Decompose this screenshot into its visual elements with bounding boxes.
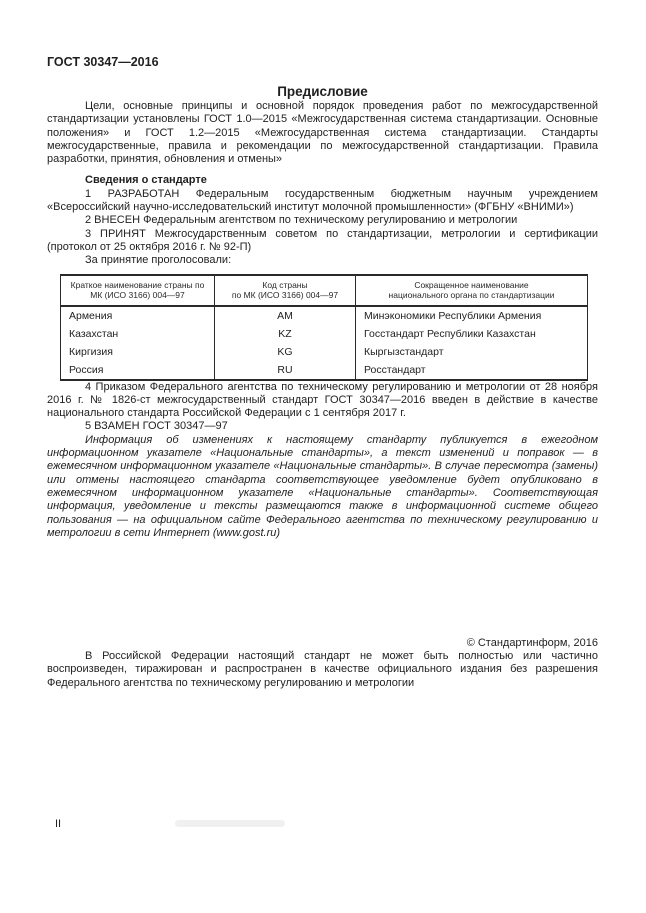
scan-artifact	[175, 820, 285, 827]
table-row: Киргизия KG Кыргызстандарт	[61, 343, 588, 361]
country-cell: Киргизия	[61, 343, 215, 361]
code-cell: KZ	[215, 325, 356, 343]
standard-info-item-1: 1 РАЗРАБОТАН Федеральным государственным…	[47, 188, 598, 215]
vote-table: Краткое наименование страны по МК (ИСО 3…	[60, 274, 588, 381]
code-cell: RU	[215, 361, 356, 380]
vote-table-header-code: Код страны по МК (ИСО 3166) 004—97	[215, 275, 356, 306]
country-cell: Армения	[61, 306, 215, 325]
country-cell: Россия	[61, 361, 215, 380]
body-cell: Минэкономики Республики Армения	[356, 306, 588, 325]
standard-info-heading: Сведения о стандарте	[47, 174, 598, 187]
standard-info-item-5: 5 ВЗАМЕН ГОСТ 30347—97	[47, 420, 598, 433]
body-cell: Росстандарт	[356, 361, 588, 380]
page-title: Предисловие	[47, 84, 598, 100]
table-row: Армения AM Минэкономики Республики Армен…	[61, 306, 588, 325]
vote-table-header-country: Краткое наименование страны по МК (ИСО 3…	[61, 275, 215, 306]
intro-paragraph: Цели, основные принципы и основной поряд…	[47, 100, 598, 166]
standard-info-item-4: 4 Приказом Федерального агентства по тех…	[47, 381, 598, 421]
vote-table-header-row: Краткое наименование страны по МК (ИСО 3…	[61, 275, 588, 306]
vote-table-header-body: Сокращенное наименование национального о…	[356, 275, 588, 306]
copyright-line: © Стандартинформ, 2016	[47, 637, 598, 650]
document-page: ГОСТ 30347—2016 Предисловие Цели, основн…	[0, 0, 646, 913]
code-cell: AM	[215, 306, 356, 325]
info-notice: Информация об изменениях к настоящему ст…	[47, 434, 598, 540]
body-cell: Кыргызстандарт	[356, 343, 588, 361]
vote-intro: За принятие проголосовали:	[47, 254, 598, 267]
standard-info-item-2: 2 ВНЕСЕН Федеральным агентством по техни…	[47, 214, 598, 227]
doc-code: ГОСТ 30347—2016	[47, 0, 598, 70]
standard-info-item-3: 3 ПРИНЯТ Межгосударственным советом по с…	[47, 228, 598, 255]
reproduction-notice: В Российской Федерации настоящий стандар…	[47, 650, 598, 690]
country-cell: Казахстан	[61, 325, 215, 343]
table-row: Казахстан KZ Госстандарт Республики Каза…	[61, 325, 588, 343]
page-number: II	[55, 818, 61, 831]
table-row: Россия RU Росстандарт	[61, 361, 588, 380]
body-cell: Госстандарт Республики Казахстан	[356, 325, 588, 343]
code-cell: KG	[215, 343, 356, 361]
